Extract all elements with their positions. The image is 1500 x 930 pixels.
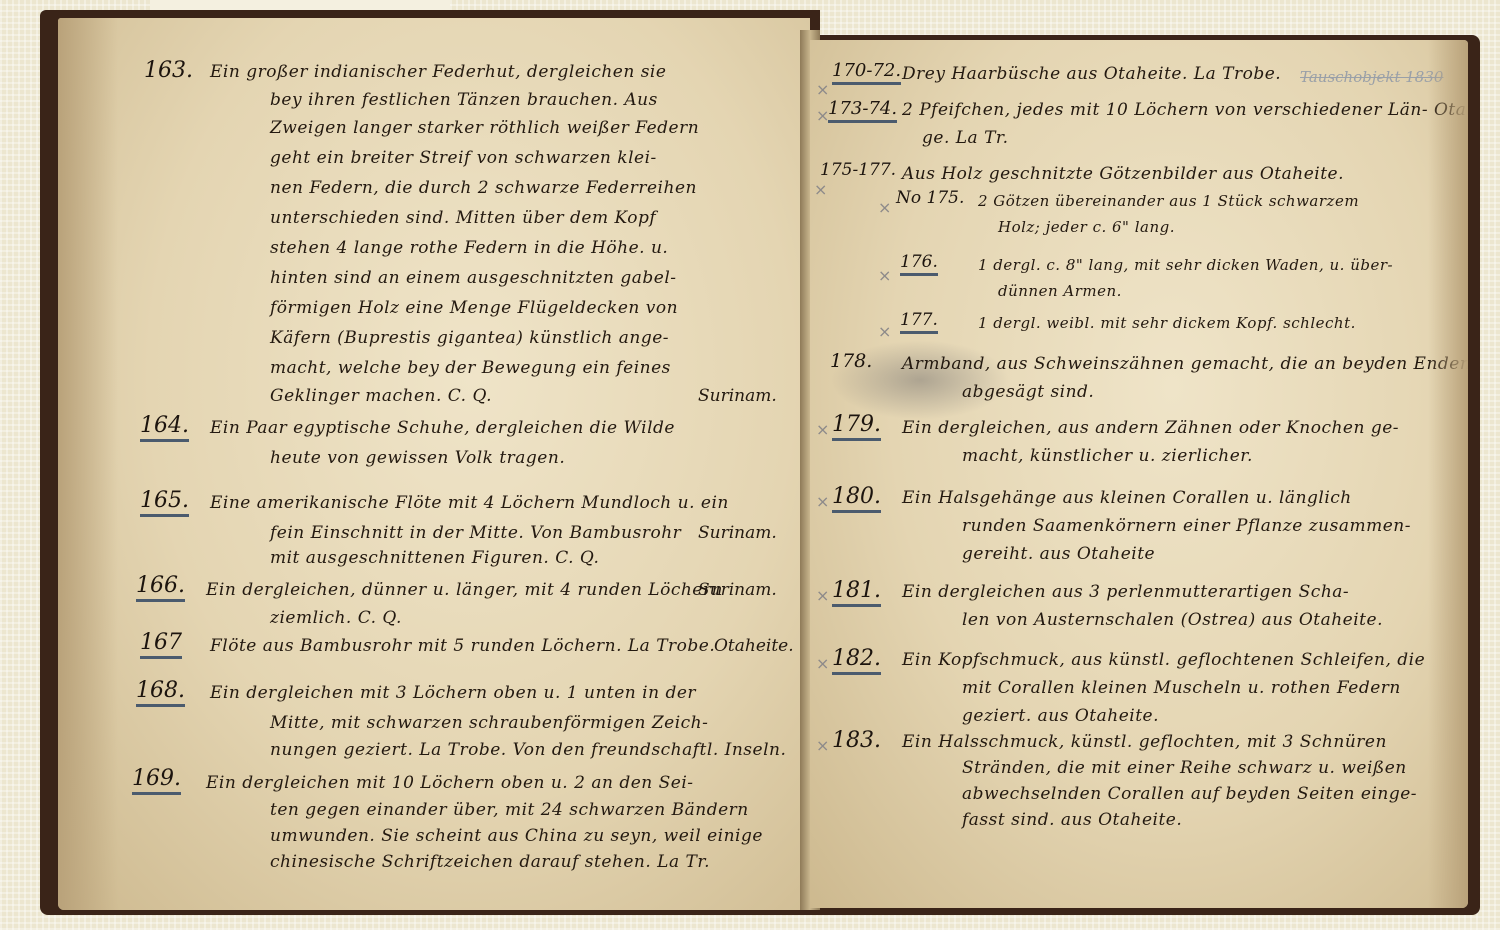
entry-line: Ein Kopfschmuck, aus künstl. geflochtene…	[902, 650, 1425, 670]
check-x-mark: ×	[816, 492, 829, 511]
entry-line: Ein dergleichen, aus andern Zähnen oder …	[902, 418, 1399, 438]
entry-number: 169.	[132, 766, 181, 795]
entry-number: 167	[140, 630, 182, 659]
entry-line: abwechselnden Corallen auf beyden Seiten…	[962, 784, 1417, 804]
entry-line: gereiht. aus Otaheite	[962, 544, 1155, 564]
entry-line: runden Saamenkörnern einer Pflanze zusam…	[962, 516, 1411, 536]
entry-line: Ein dergleichen, dünner u. länger, mit 4…	[206, 580, 723, 600]
check-x-mark: ×	[878, 322, 891, 341]
entry-origin: Surinam.	[698, 580, 777, 600]
entry-line: förmigen Holz eine Menge Flügeldecken vo…	[270, 298, 678, 318]
entry-line: mit Corallen kleinen Muscheln u. rothen …	[962, 678, 1401, 698]
entry-line: len von Austernschalen (Ostrea) aus Otah…	[962, 610, 1383, 630]
entry-line: fein Einschnitt in der Mitte. Von Bambus…	[270, 523, 681, 543]
entry-line: mit ausgeschnittenen Figuren. C. Q.	[270, 548, 599, 568]
entry-line: heute von gewissen Volk tragen.	[270, 448, 565, 468]
check-x-mark: ×	[816, 736, 829, 755]
entry-line: Ein großer indianischer Federhut, dergle…	[210, 62, 666, 82]
entry-number: 163.	[144, 58, 193, 83]
pencil-annotation: Tauschobjekt 1830	[1300, 68, 1443, 86]
entry-number: 179.	[832, 412, 881, 441]
entry-line: abgesägt sind.	[962, 382, 1094, 402]
entry-number: 180.	[832, 484, 881, 513]
entry-number: 165.	[140, 488, 189, 517]
check-x-mark: ×	[816, 654, 829, 673]
entry-line: Ein dergleichen mit 3 Löchern oben u. 1 …	[210, 683, 696, 703]
entry-line: Ein dergleichen mit 10 Löchern oben u. 2…	[206, 773, 694, 793]
right-page: Tauschobjekt 1830 × 170-72. Drey Haarbüs…	[810, 40, 1468, 908]
entry-line: 1 dergl. c. 8" lang, mit sehr dicken Wad…	[978, 256, 1393, 274]
entry-line: hinten sind an einem ausgeschnitzten gab…	[270, 268, 677, 288]
entry-line: dünnen Armen.	[998, 282, 1122, 300]
entry-line: Zweigen langer starker röthlich weißer F…	[270, 118, 699, 138]
entry-number: 164.	[140, 413, 189, 442]
entry-line: Mitte, mit schwarzen schraubenförmigen Z…	[270, 713, 708, 733]
entry-line: 2 Pfeifchen, jedes mit 10 Löchern von ve…	[902, 100, 1468, 120]
entry-number: 183.	[832, 728, 881, 753]
check-x-mark: ×	[878, 198, 891, 217]
entry-number: 182.	[832, 646, 881, 675]
entry-line: Holz; jeder c. 6" lang.	[998, 218, 1175, 236]
entry-line: Ein Paar egyptische Schuhe, dergleichen …	[210, 418, 675, 438]
entry-number: 173-74.	[828, 98, 897, 123]
check-x-mark: ×	[816, 586, 829, 605]
entry-number: 175-177.	[820, 160, 896, 180]
entry-line: 1 dergl. weibl. mit sehr dickem Kopf. sc…	[978, 314, 1356, 332]
entry-number: No 175.	[896, 188, 964, 208]
entry-line: unterschieden sind. Mitten über dem Kopf	[270, 208, 656, 228]
check-x-mark: ×	[816, 420, 829, 439]
entry-line: ten gegen einander über, mit 24 schwarze…	[270, 800, 749, 820]
entry-number: 170-72.	[832, 60, 901, 85]
entry-origin: Otaheite.	[714, 636, 794, 656]
entry-origin: Surinam.	[698, 386, 777, 406]
entry-line: ziemlich. C. Q.	[270, 608, 402, 628]
entry-line: macht, künstlicher u. zierlicher.	[962, 446, 1253, 466]
entry-number: 168.	[136, 678, 185, 707]
entry-line: chinesische Schriftzeichen darauf stehen…	[270, 852, 710, 872]
entry-line: umwunden. Sie scheint aus China zu seyn,…	[270, 826, 763, 846]
check-x-mark: ×	[878, 266, 891, 285]
entry-line: Käfern (Buprestis gigantea) künstlich an…	[270, 328, 669, 348]
entry-line: Armband, aus Schweinszähnen gemacht, die…	[902, 354, 1468, 374]
entry-line: Stränden, die mit einer Reihe schwarz u.…	[962, 758, 1407, 778]
entry-line: stehen 4 lange rothe Federn in die Höhe.…	[270, 238, 668, 258]
entry-number: 176.	[900, 252, 938, 276]
entry-line: geziert. aus Otaheite.	[962, 706, 1159, 726]
entry-line: bey ihren festlichen Tänzen brauchen. Au…	[270, 90, 658, 110]
entry-line: nungen geziert. La Trobe. Von den freund…	[270, 740, 786, 760]
entry-line: macht, welche bey der Bewegung ein feine…	[270, 358, 671, 378]
left-page: 163. Ein großer indianischer Federhut, d…	[58, 18, 810, 910]
entry-number: 177.	[900, 310, 938, 334]
entry-line: Ein Halsgehänge aus kleinen Corallen u. …	[902, 488, 1352, 508]
entry-line: Geklinger machen. C. Q.	[270, 386, 492, 406]
check-x-mark: ×	[814, 180, 827, 199]
entry-line: Flöte aus Bambusrohr mit 5 runden Löcher…	[210, 636, 715, 656]
entry-line: Drey Haarbüsche aus Otaheite. La Trobe.	[902, 64, 1281, 84]
entry-number: 166.	[136, 573, 185, 602]
check-x-mark: ×	[816, 80, 829, 99]
entry-line: fasst sind. aus Otaheite.	[962, 810, 1182, 830]
entry-line: ge. La Tr.	[922, 128, 1009, 148]
entry-line: Aus Holz geschnitzte Götzenbilder aus Ot…	[902, 164, 1344, 184]
entry-number: 178.	[830, 350, 872, 372]
entry-line: Eine amerikanische Flöte mit 4 Löchern M…	[210, 493, 729, 513]
entry-line: geht ein breiter Streif von schwarzen kl…	[270, 148, 657, 168]
entry-origin: Surinam.	[698, 523, 777, 543]
entry-line: Ein dergleichen aus 3 perlenmutterartige…	[902, 582, 1349, 602]
entry-line: 2 Götzen übereinander aus 1 Stück schwar…	[978, 192, 1359, 210]
entry-line: Ein Halsschmuck, künstl. geflochten, mit…	[902, 732, 1387, 752]
entry-line: nen Federn, die durch 2 schwarze Federre…	[270, 178, 697, 198]
entry-number: 181.	[832, 578, 881, 607]
open-ledger-book: 163. Ein großer indianischer Federhut, d…	[40, 10, 1485, 920]
